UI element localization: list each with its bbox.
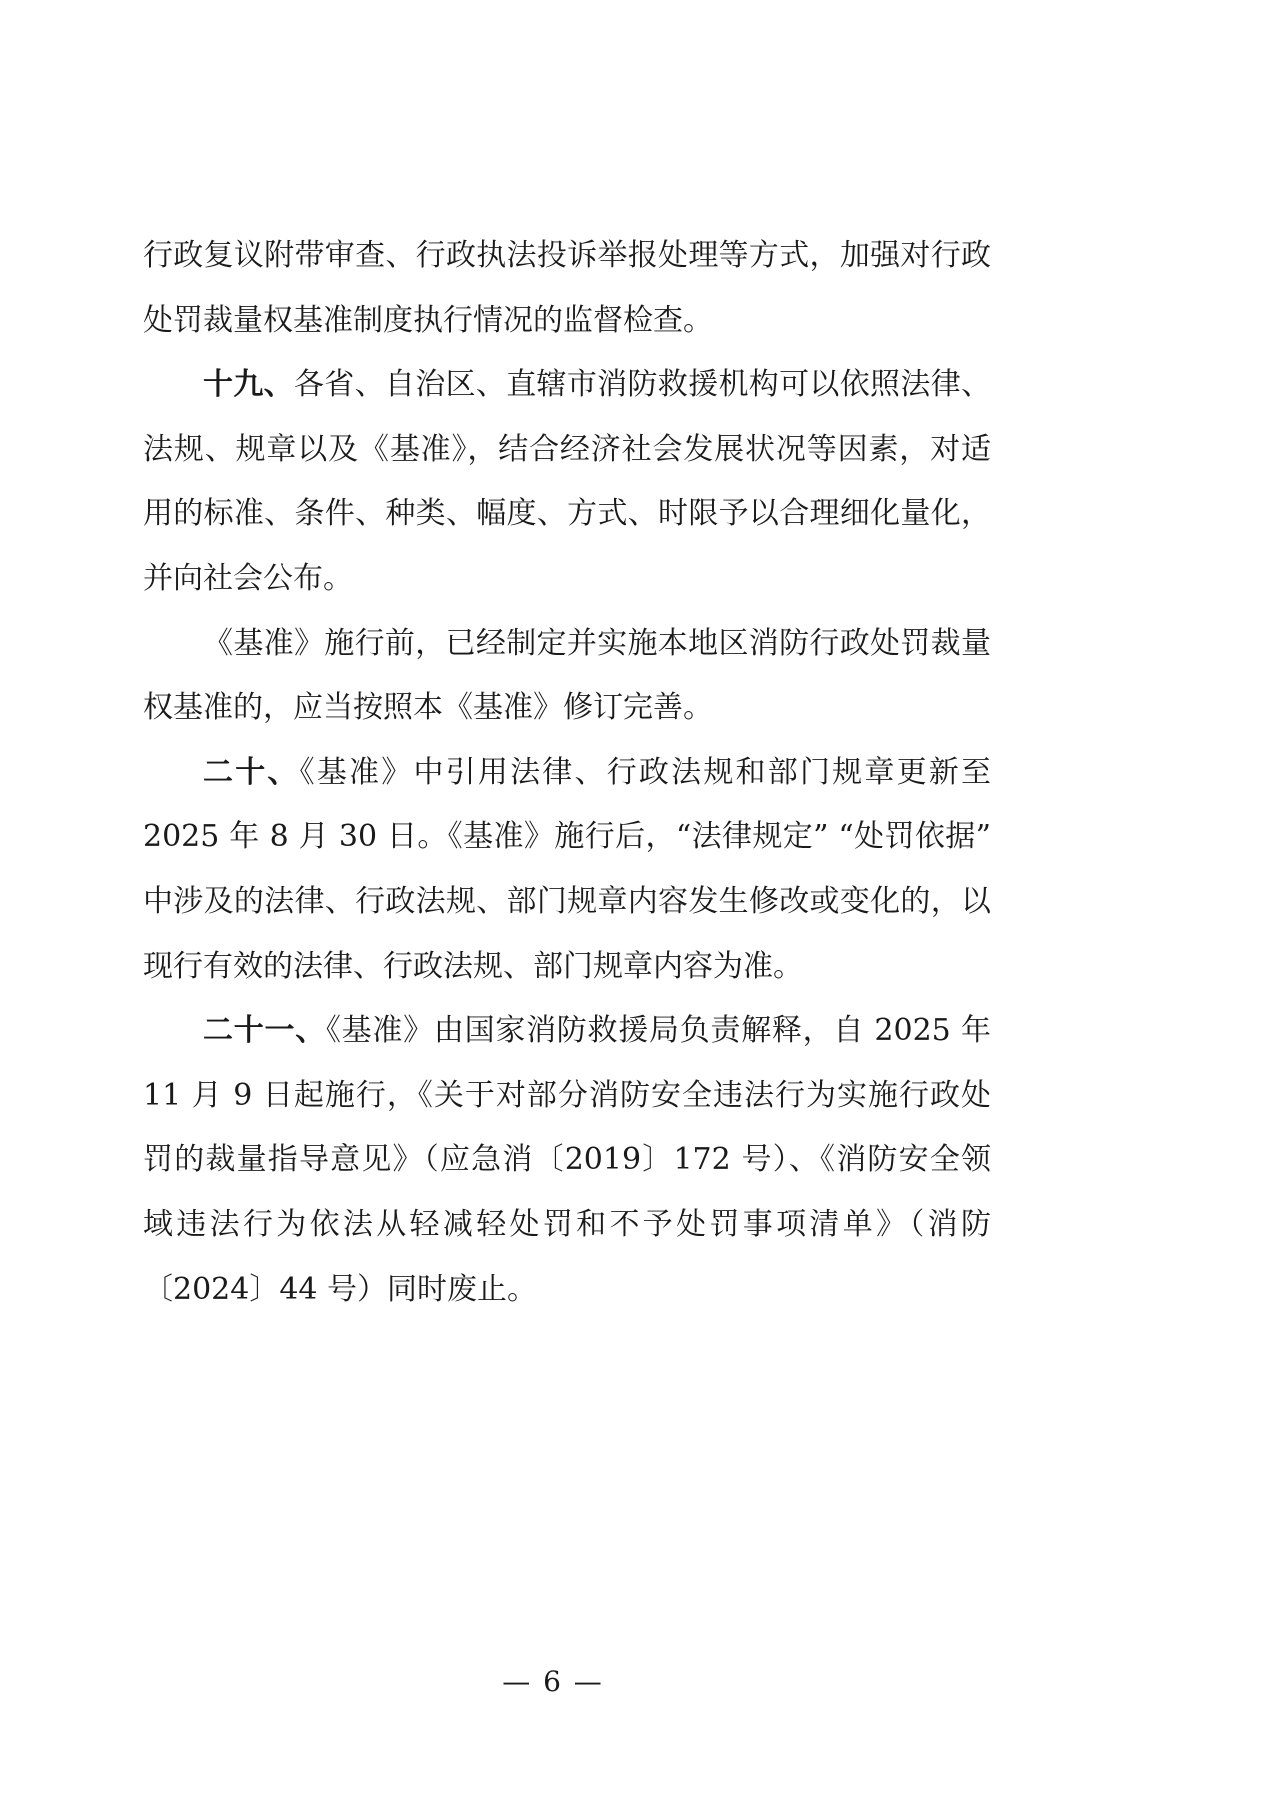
text-line: 11 月 9 日起施行，《关于对部分消防安全违法行为实施行政处 (143, 1064, 991, 1129)
line-text: 各省、自治区、直辖市消防救援机构可以依照法律、 (294, 367, 991, 402)
line-text: 〔2024〕44 号）同时废止。 (143, 1272, 537, 1307)
text-line: 并向社会公布。 (143, 547, 991, 612)
line-text: 并向社会公布。 (143, 561, 353, 596)
text-line: 二十、《基准》中引用法律、行政法规和部门规章更新至 (143, 741, 991, 806)
text-line: 二十一、《基准》由国家消防救援局负责解释，自 2025 年 (143, 999, 991, 1064)
paragraph-number: 二十一、 (203, 1013, 326, 1048)
line-text: 《基准》施行前，已经制定并实施本地区消防行政处罚裁量 (203, 626, 991, 661)
document-page: 行政复议附带审查、行政执法投诉举报处理等方式，加强对行政 处罚裁量权基准制度执行… (0, 0, 1280, 1810)
text-line: 十九、各省、自治区、直辖市消防救援机构可以依照法律、 (143, 353, 991, 418)
text-line: 《基准》施行前，已经制定并实施本地区消防行政处罚裁量 (143, 612, 991, 677)
line-text: 11 月 9 日起施行，《关于对部分消防安全违法行为实施行政处 (143, 1078, 991, 1113)
text-line: 用的标准、条件、种类、幅度、方式、时限予以合理细化量化， (143, 482, 991, 547)
line-text: 域违法行为依法从轻减轻处罚和不予处罚事项清单》（消防 (143, 1207, 991, 1242)
text-line: 处罚裁量权基准制度执行情况的监督检查。 (143, 289, 991, 354)
text-line: 2025 年 8 月 30 日。《基准》施行后，“法律规定” “处罚依据” (143, 805, 991, 870)
line-text: 行政复议附带审查、行政执法投诉举报处理等方式，加强对行政 (143, 238, 991, 273)
paragraph-number: 二十、 (203, 755, 300, 790)
page-number: — 6 — (143, 1662, 963, 1702)
line-text: 用的标准、条件、种类、幅度、方式、时限予以合理细化量化， (143, 496, 991, 531)
line-text: 《基准》由国家消防救援局负责解释，自 2025 年 (326, 1013, 991, 1048)
text-line: 〔2024〕44 号）同时废止。 (143, 1258, 991, 1323)
paragraph-number: 十九、 (203, 367, 294, 402)
text-line: 行政复议附带审查、行政执法投诉举报处理等方式，加强对行政 (143, 224, 991, 289)
line-text: 处罚裁量权基准制度执行情况的监督检查。 (143, 303, 713, 338)
line-text: 中涉及的法律、行政法规、部门规章内容发生修改或变化的，以 (143, 884, 991, 919)
text-line: 域违法行为依法从轻减轻处罚和不予处罚事项清单》（消防 (143, 1193, 991, 1258)
line-text: 权基准的，应当按照本《基准》修订完善。 (143, 690, 713, 725)
line-text: 2025 年 8 月 30 日。《基准》施行后，“法律规定” “处罚依据” (143, 819, 991, 854)
text-line: 权基准的，应当按照本《基准》修订完善。 (143, 676, 991, 741)
text-line: 中涉及的法律、行政法规、部门规章内容发生修改或变化的，以 (143, 870, 991, 935)
document-body: 行政复议附带审查、行政执法投诉举报处理等方式，加强对行政 处罚裁量权基准制度执行… (143, 224, 991, 1322)
line-text: 现行有效的法律、行政法规、部门规章内容为准。 (143, 949, 803, 984)
line-text: 罚的裁量指导意见》（应急消〔2019〕172 号）、《消防安全领 (143, 1142, 991, 1177)
text-line: 现行有效的法律、行政法规、部门规章内容为准。 (143, 935, 991, 1000)
line-text: 《基准》中引用法律、行政法规和部门规章更新至 (300, 755, 991, 790)
text-line: 法规、规章以及《基准》，结合经济社会发展状况等因素，对适 (143, 418, 991, 483)
line-text: 法规、规章以及《基准》，结合经济社会发展状况等因素，对适 (143, 432, 991, 467)
text-line: 罚的裁量指导意见》（应急消〔2019〕172 号）、《消防安全领 (143, 1128, 991, 1193)
